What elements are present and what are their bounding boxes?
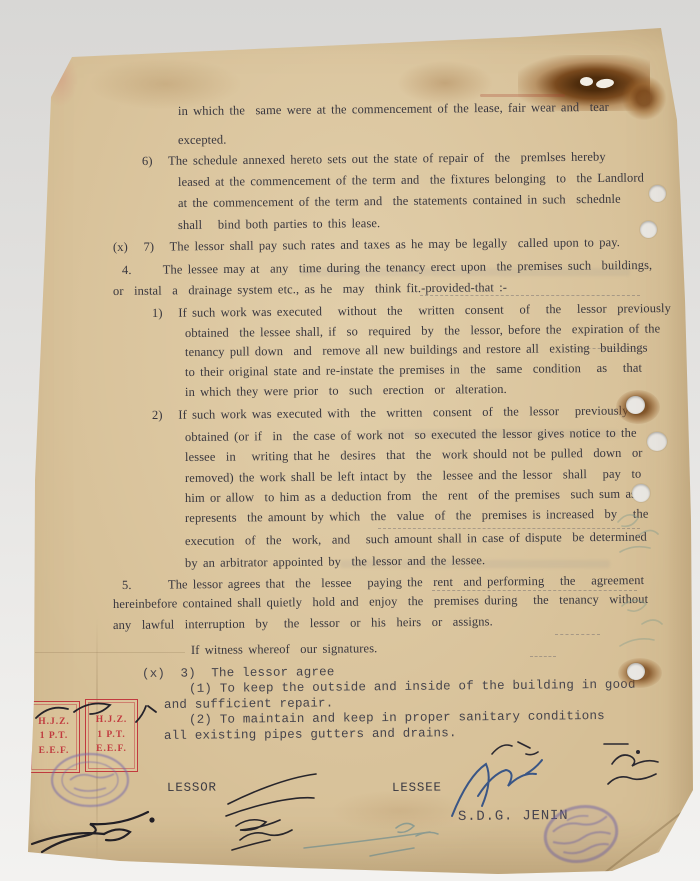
lessee-label: LESSEE: [392, 781, 442, 795]
document-line: leased at the commencement of the term a…: [178, 171, 644, 190]
document-line: in which the same were at the commenceme…: [178, 100, 609, 119]
pencil-scribble: [610, 502, 662, 564]
official-oval-seal: [540, 802, 622, 866]
arabic-annotation: [484, 734, 544, 764]
official-round-seal: [48, 750, 133, 812]
document-line: execution of the work, and such amount s…: [185, 530, 647, 549]
document-line: all existing pipes gutters and drains.: [164, 726, 457, 743]
document-line: obtained (or if in the case of work not …: [185, 426, 637, 445]
document-line: (1) To keep the outside and inside of th…: [189, 678, 636, 696]
stain-blotch-topleft: [88, 58, 243, 110]
document-line: 2) If such work was executed with the wr…: [152, 403, 629, 423]
photo-backdrop: in which the same were at the commenceme…: [0, 0, 700, 881]
document-line: (x) 3) The lessor agree: [142, 665, 335, 681]
stain-burn-ring: [618, 76, 670, 120]
document-line: excepted.: [178, 133, 227, 148]
corner-fold-highlight: [640, 796, 695, 876]
document-page: in which the same were at the commenceme…: [0, 0, 700, 881]
stain-glare: [595, 78, 614, 89]
document-line: in which they were prior to such erectio…: [185, 382, 507, 400]
document-line: If witness whereof our signatures.: [191, 641, 378, 658]
bottom-left-signature: [26, 804, 156, 860]
punch-hole: [627, 663, 645, 680]
document-line: any lawful interruption by the lessor or…: [113, 614, 493, 633]
stain-smudge: [395, 60, 495, 106]
document-line: (2) To maintain and keep in proper sanit…: [189, 709, 605, 727]
punch-hole: [649, 185, 666, 202]
document-line: 5. The lessor agrees that the lessee pay…: [122, 573, 644, 593]
faint-centre-signature: [300, 816, 455, 864]
punch-hole: [640, 221, 657, 238]
document-line: hereinbefore contained shall quietly hol…: [113, 592, 648, 612]
crease-horizontal: [35, 652, 185, 653]
stamp-line: 1 P.T.: [97, 731, 125, 741]
document-line: removed) the work shall be left intact b…: [185, 467, 642, 486]
stamp-cancellation-scribble: [30, 692, 160, 730]
stain-glare: [580, 77, 593, 86]
stamp-line: 1 P.T.: [40, 732, 68, 742]
document-line: (x) 7) The lessor shall pay such rates a…: [113, 235, 620, 255]
document-line: 4. The lessee may at any time during the…: [122, 258, 652, 278]
pencil-dashes: [432, 590, 637, 591]
punch-hole: [647, 432, 667, 451]
document-line: at the commencement of the term and the …: [178, 192, 621, 211]
stain-red-streak: [480, 94, 565, 97]
document-line: or instal a drainage system etc., as he …: [113, 280, 507, 299]
arabic-annotation: [590, 736, 678, 798]
document-line: 1) If such work was executed without the…: [152, 301, 671, 321]
document-line: and sufficient repair.: [164, 696, 334, 712]
document-line: him or allow to him as a deduction from …: [185, 487, 636, 506]
punch-hole: [626, 396, 645, 414]
document-line: by an arbitrator appointed by the lessor…: [185, 553, 485, 571]
document-line: tenancy pull down and remove all new bui…: [185, 341, 648, 360]
document-line: 6) The schedule annexed hereto sets out …: [142, 150, 606, 169]
punch-hole: [632, 484, 650, 502]
stain-pink-corner: [42, 52, 78, 107]
document-line: to their original state and re-instate t…: [185, 361, 642, 380]
document-line: shall bind both parties to this lease.: [178, 216, 380, 233]
pencil-dashes: [378, 528, 640, 529]
document-line: represents the amount by which the value…: [185, 507, 649, 526]
pencil-dashes: [555, 634, 600, 635]
pencil-dashes: [530, 656, 556, 657]
pencil-scribble: [612, 588, 668, 658]
document-line: obtained the lessee shall, if so require…: [185, 321, 660, 341]
lessor-label: LESSOR: [167, 781, 217, 795]
ink-speckles: [10, 160, 13, 163]
document-line: lessee in writing that he desires that t…: [185, 446, 643, 465]
